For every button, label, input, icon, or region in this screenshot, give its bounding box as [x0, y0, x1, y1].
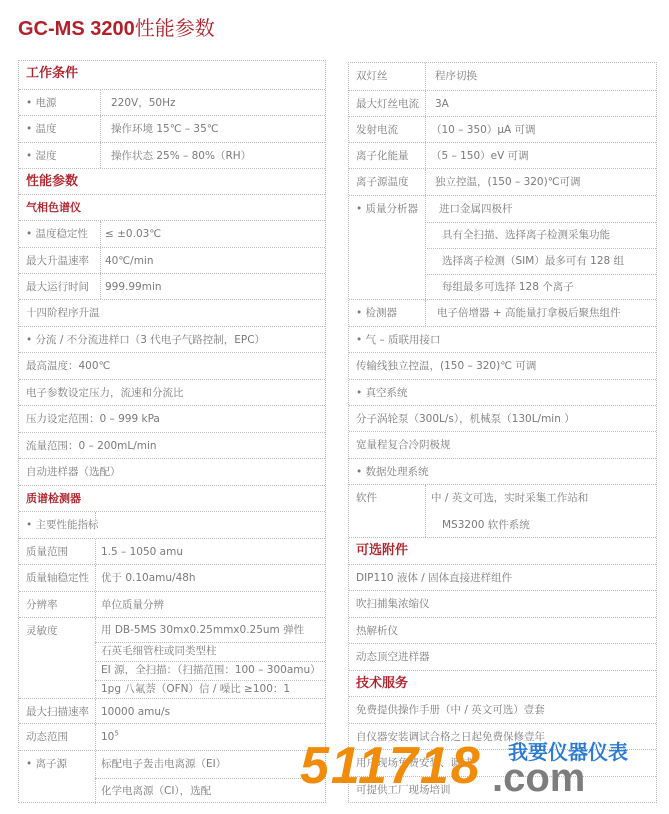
- row-label: • 检测器: [356, 300, 397, 326]
- row-label: • 温度: [26, 116, 57, 142]
- row-label: • 离子源: [26, 751, 67, 777]
- table-row: 发射电流 （10 – 350）μA 可调: [349, 116, 656, 142]
- row-text: • 真空系统: [356, 380, 408, 406]
- table-row: 离子化能量 （5 – 150）eV 可调: [349, 142, 656, 168]
- row-value: 3A: [435, 91, 449, 117]
- table-row: 电子参数设定压力，流速和分流比: [19, 379, 325, 405]
- row-label: 最大运行时间: [26, 274, 89, 300]
- table-row: • 分流 / 不分流进样口（3 代电子气路控制，EPC）: [19, 326, 325, 352]
- section-work-conditions: 工作条件: [19, 61, 325, 89]
- table-row: 最高温度：400℃: [19, 352, 325, 379]
- row-text: • 气 – 质联用接口: [356, 327, 440, 353]
- table-row: 最大灯丝电流 3A: [349, 90, 656, 116]
- table-row: • 温度 操作环境 15℃ – 35℃: [19, 115, 325, 142]
- row-value: 999.99min: [105, 274, 162, 300]
- dynamic-range-exponent: 5: [114, 730, 118, 738]
- row-text: • 数据处理系统: [356, 459, 429, 485]
- row-value: 选择离子检测（SIM）最多可有 128 组: [442, 248, 624, 274]
- section-accessories: 可选附件: [349, 537, 656, 564]
- row-label: 最大灯丝电流: [356, 91, 419, 117]
- table-row: • 主要性能指标: [19, 511, 325, 538]
- row-text: 免费提供操作手册（中 / 英文可选）壹套: [356, 697, 545, 723]
- row-value: ≤ ±0.03℃: [105, 221, 161, 247]
- subsection-heading: 气相色谱仪: [26, 195, 81, 221]
- subsection-ms: 质谱检测器: [19, 485, 325, 511]
- row-text: 热解析仪: [356, 618, 398, 644]
- row-text: 动态顶空进样器: [356, 644, 430, 670]
- row-label: • 湿度: [26, 143, 57, 169]
- row-label: 质量范围: [26, 539, 68, 565]
- table-row: • 真空系统: [349, 379, 656, 405]
- mass-analyzer-row: • 质量分析器 进口金属四极杆 具有全扫描、选择离子检测采集功能 选择离子检测（…: [349, 195, 656, 299]
- table-row: 热解析仪: [349, 617, 656, 643]
- table-row: 十四阶程序升温: [19, 299, 325, 326]
- table-row: 吹扫捕集浓缩仪: [349, 590, 656, 617]
- table-row: 分子涡轮泵（300L/s），机械泵（130L/min ）: [349, 405, 656, 431]
- row-label: 发射电流: [356, 117, 398, 143]
- row-label: 质量轴稳定性: [26, 565, 89, 591]
- table-row: 自仪器安装调试合格之日起免费保修壹年: [349, 723, 656, 749]
- table-row: • 气 – 质联用接口: [349, 326, 656, 352]
- row-label: 最大升温速率: [26, 248, 89, 274]
- row-text: DIP110 液体 / 固体直接进样组件: [356, 565, 512, 591]
- table-row: 免费提供操作手册（中 / 英文可选）壹套: [349, 696, 656, 723]
- table-row: 宽量程复合冷阴极规: [349, 431, 656, 458]
- row-text: 电子参数设定压力，流速和分流比: [26, 380, 184, 406]
- row-value: 具有全扫描、选择离子检测采集功能: [442, 222, 610, 248]
- table-row: • 温度稳定性 ≤ ±0.03℃: [19, 220, 325, 247]
- table-row: 分辨率 单位质量分辨: [19, 591, 325, 617]
- table-row: • 湿度 操作状态 25% – 80%（RH）: [19, 142, 325, 168]
- row-value: 单位质量分辨: [101, 592, 164, 618]
- row-value: 操作状态 25% – 80%（RH）: [111, 143, 251, 169]
- title-model: GC-MS 3200: [18, 18, 135, 40]
- row-text: 用户现场免费安装、调试: [356, 750, 472, 776]
- subsection-gc: 气相色谱仪: [19, 194, 325, 220]
- row-value: 程序切换: [435, 63, 477, 89]
- table-row: • 电源 220V，50Hz: [19, 89, 325, 115]
- table-row: 可提供工厂现场培训: [349, 776, 656, 804]
- table-row: DIP110 液体 / 固体直接进样组件: [349, 564, 656, 590]
- row-label: 动态范围: [26, 724, 68, 750]
- row-value: 进口金属四极杆: [439, 196, 513, 222]
- section-performance: 性能参数: [19, 168, 325, 194]
- row-text: 压力设定范围：0 – 999 kPa: [26, 406, 160, 432]
- row-label: • 温度稳定性: [26, 221, 88, 247]
- row-text: 最高温度：400℃: [26, 353, 110, 379]
- table-row: • 数据处理系统: [349, 458, 656, 484]
- subsection-heading: 质谱检测器: [26, 486, 81, 512]
- title-suffix: 性能参数: [135, 18, 215, 40]
- table-row: 离子源温度 独立控温，(150 – 320)℃可调: [349, 168, 656, 195]
- table-row: 用户现场免费安装、调试: [349, 749, 656, 776]
- row-value: 1pg 八氟萘（OFN）信 / 噪比 ≥100：1: [101, 680, 290, 699]
- row-label: 双灯丝: [356, 63, 388, 89]
- row-text: 流量范围：0 – 200mL/min: [26, 433, 157, 459]
- table-row: 质量范围 1.5 – 1050 amu: [19, 538, 325, 564]
- table-row: 最大扫描速率 10000 amu/s: [19, 698, 325, 723]
- row-text: 自仪器安装调试合格之日起免费保修壹年: [356, 724, 545, 750]
- row-value: 标配电子轰击电离源（EI）: [101, 751, 226, 777]
- table-row: 质量轴稳定性 优于 0.10amu/48h: [19, 564, 325, 591]
- table-row: • 检测器 电子倍增器 + 高能量打拿极后聚焦组件: [349, 299, 656, 326]
- left-spec-table: 工作条件 • 电源 220V，50Hz • 温度 操作环境 15℃ – 35℃ …: [18, 60, 326, 803]
- row-value: （10 – 350）μA 可调: [431, 117, 536, 143]
- row-value: 化学电离源（CI），选配: [101, 778, 211, 804]
- row-value: 40℃/min: [105, 248, 154, 274]
- table-row: 动态范围 105: [19, 723, 325, 750]
- row-label: 最大扫描速率: [26, 699, 89, 725]
- table-row: 压力设定范围：0 – 999 kPa: [19, 405, 325, 432]
- row-text: 可提供工厂现场培训: [356, 777, 451, 803]
- row-label: 离子化能量: [356, 143, 409, 169]
- row-text: 分子涡轮泵（300L/s），机械泵（130L/min ）: [356, 406, 575, 432]
- row-text: • 分流 / 不分流进样口（3 代电子气路控制，EPC）: [26, 327, 265, 353]
- row-text: 自动进样器（选配）: [26, 459, 121, 485]
- software-row: 软件 中 / 英文可选，实时采集工作站和 MS3200 软件系统: [349, 484, 656, 537]
- table-row: 流量范围：0 – 200mL/min: [19, 432, 325, 458]
- ion-source-row: • 离子源 标配电子轰击电离源（EI） 化学电离源（CI），选配: [19, 750, 325, 804]
- table-row: 最大升温速率 40℃/min: [19, 247, 325, 273]
- section-heading: 工作条件: [26, 61, 78, 87]
- table-row: 双灯丝 程序切换: [349, 63, 656, 90]
- row-value: EI 源，全扫描：（扫描范围：100 – 300amu）: [101, 661, 321, 680]
- row-value: MS3200 软件系统: [442, 512, 530, 538]
- row-text: • 主要性能指标: [26, 512, 99, 538]
- row-text: 传输线独立控温，(150 – 320)℃ 可调: [356, 353, 536, 379]
- row-value: 石英毛细管柱或同类型柱: [101, 642, 217, 661]
- table-row: 动态顶空进样器: [349, 643, 656, 670]
- row-text: 十四阶程序升温: [26, 300, 100, 326]
- row-label: • 电源: [26, 90, 57, 116]
- row-value: 独立控温，(150 – 320)℃可调: [435, 169, 581, 195]
- table-row: 最大运行时间 999.99min: [19, 273, 325, 299]
- right-spec-table: 双灯丝 程序切换 最大灯丝电流 3A 发射电流 （10 – 350）μA 可调 …: [348, 62, 657, 803]
- row-value: 220V，50Hz: [111, 90, 176, 116]
- row-value: 中 / 英文可选，实时采集工作站和: [431, 485, 588, 511]
- row-value: （5 – 150）eV 可调: [431, 143, 529, 169]
- row-text: 宽量程复合冷阴极规: [356, 432, 451, 458]
- row-label: 分辨率: [26, 592, 58, 618]
- row-label: 灵敏度: [26, 618, 58, 644]
- row-value: 每组最多可选择 128 个离子: [442, 274, 574, 300]
- table-row: 传输线独立控温，(150 – 320)℃ 可调: [349, 352, 656, 379]
- section-heading: 性能参数: [26, 169, 78, 195]
- row-value: 优于 0.10amu/48h: [101, 565, 196, 591]
- row-value: 1.5 – 1050 amu: [101, 539, 183, 565]
- section-heading: 技术服务: [356, 671, 408, 697]
- table-row: 自动进样器（选配）: [19, 458, 325, 485]
- section-heading: 可选附件: [356, 538, 408, 564]
- section-service: 技术服务: [349, 670, 656, 696]
- row-value: 电子倍增器 + 高能量打拿极后聚焦组件: [437, 300, 620, 326]
- page-title: GC-MS 3200性能参数: [18, 12, 215, 41]
- row-value: 10000 amu/s: [101, 699, 170, 725]
- row-value: 用 DB-5MS 30mx0.25mmx0.25um 弹性: [101, 618, 304, 643]
- row-label: 软件: [356, 485, 377, 511]
- row-value: 105: [101, 724, 119, 750]
- row-label: • 质量分析器: [356, 196, 418, 222]
- row-text: 吹扫捕集浓缩仪: [356, 591, 430, 617]
- row-value: 操作环境 15℃ – 35℃: [111, 116, 219, 142]
- sensitivity-row: 灵敏度 用 DB-5MS 30mx0.25mmx0.25um 弹性 石英毛细管柱…: [19, 617, 325, 698]
- dynamic-range-base: 10: [101, 731, 114, 743]
- row-label: 离子源温度: [356, 169, 409, 195]
